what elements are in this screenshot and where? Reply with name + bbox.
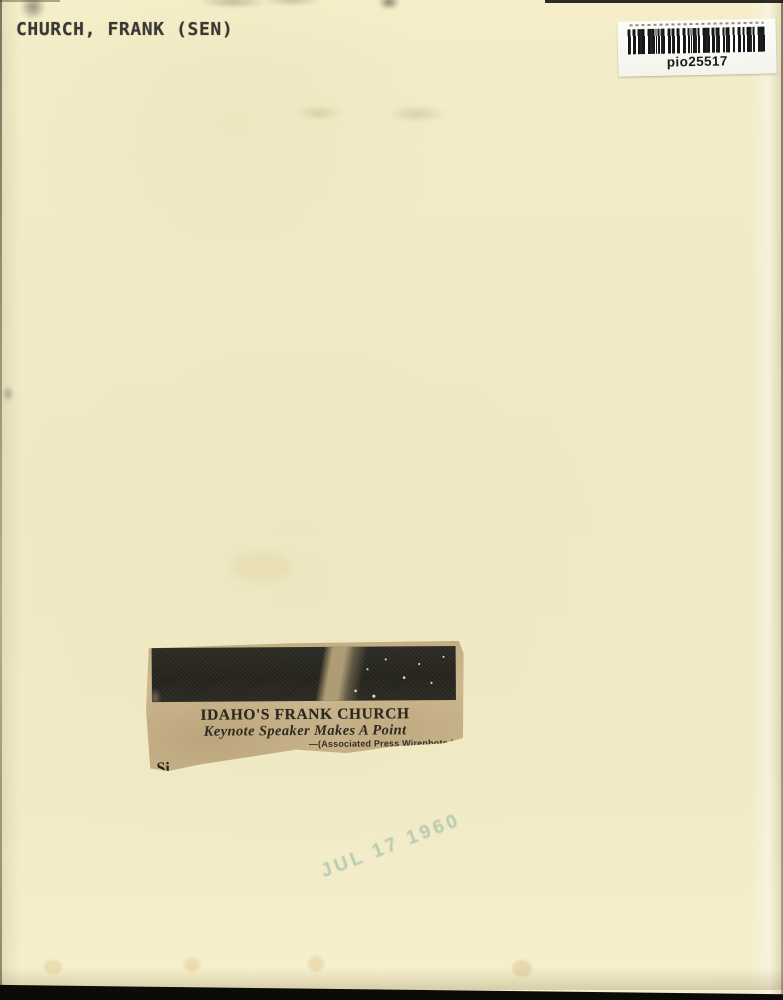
- typed-caption: CHURCH, FRANK (SEN): [16, 19, 233, 40]
- news-clipping: IDAHO'S FRANK CHURCH Keynote Speaker Mak…: [146, 641, 465, 771]
- ink-smudge: [198, 0, 268, 8]
- paper-stain: [232, 552, 292, 582]
- ghost-text-impression: [296, 106, 342, 120]
- barcode-icon: [628, 27, 766, 55]
- date-stamp: JUL 17 1960: [318, 810, 464, 884]
- ink-smudge: [20, 0, 46, 20]
- photo-back-scan: CHURCH, FRANK (SEN) pio25517 IDAHO'S FRA…: [0, 0, 783, 1000]
- barcode-sticker: pio25517: [617, 18, 776, 76]
- clipping-torn-text: Si: [156, 760, 169, 778]
- ink-smudge: [262, 0, 322, 6]
- barcode-code-label: pio25517: [667, 53, 728, 69]
- clipping-photo-fragment: [152, 646, 456, 702]
- clipping-credit: —(Associated Press Wirephoto.): [309, 738, 455, 749]
- scan-edge-top-right: [545, 0, 783, 3]
- ink-smudge: [378, 0, 400, 10]
- scan-edge-left: [0, 0, 2, 1000]
- ink-smudge: [2, 386, 14, 402]
- scan-edge-top: [0, 0, 60, 2]
- ghost-text-impression: [388, 106, 446, 122]
- paper-background: CHURCH, FRANK (SEN) pio25517 IDAHO'S FRA…: [0, 0, 783, 1000]
- sticker-microtext: [630, 22, 764, 27]
